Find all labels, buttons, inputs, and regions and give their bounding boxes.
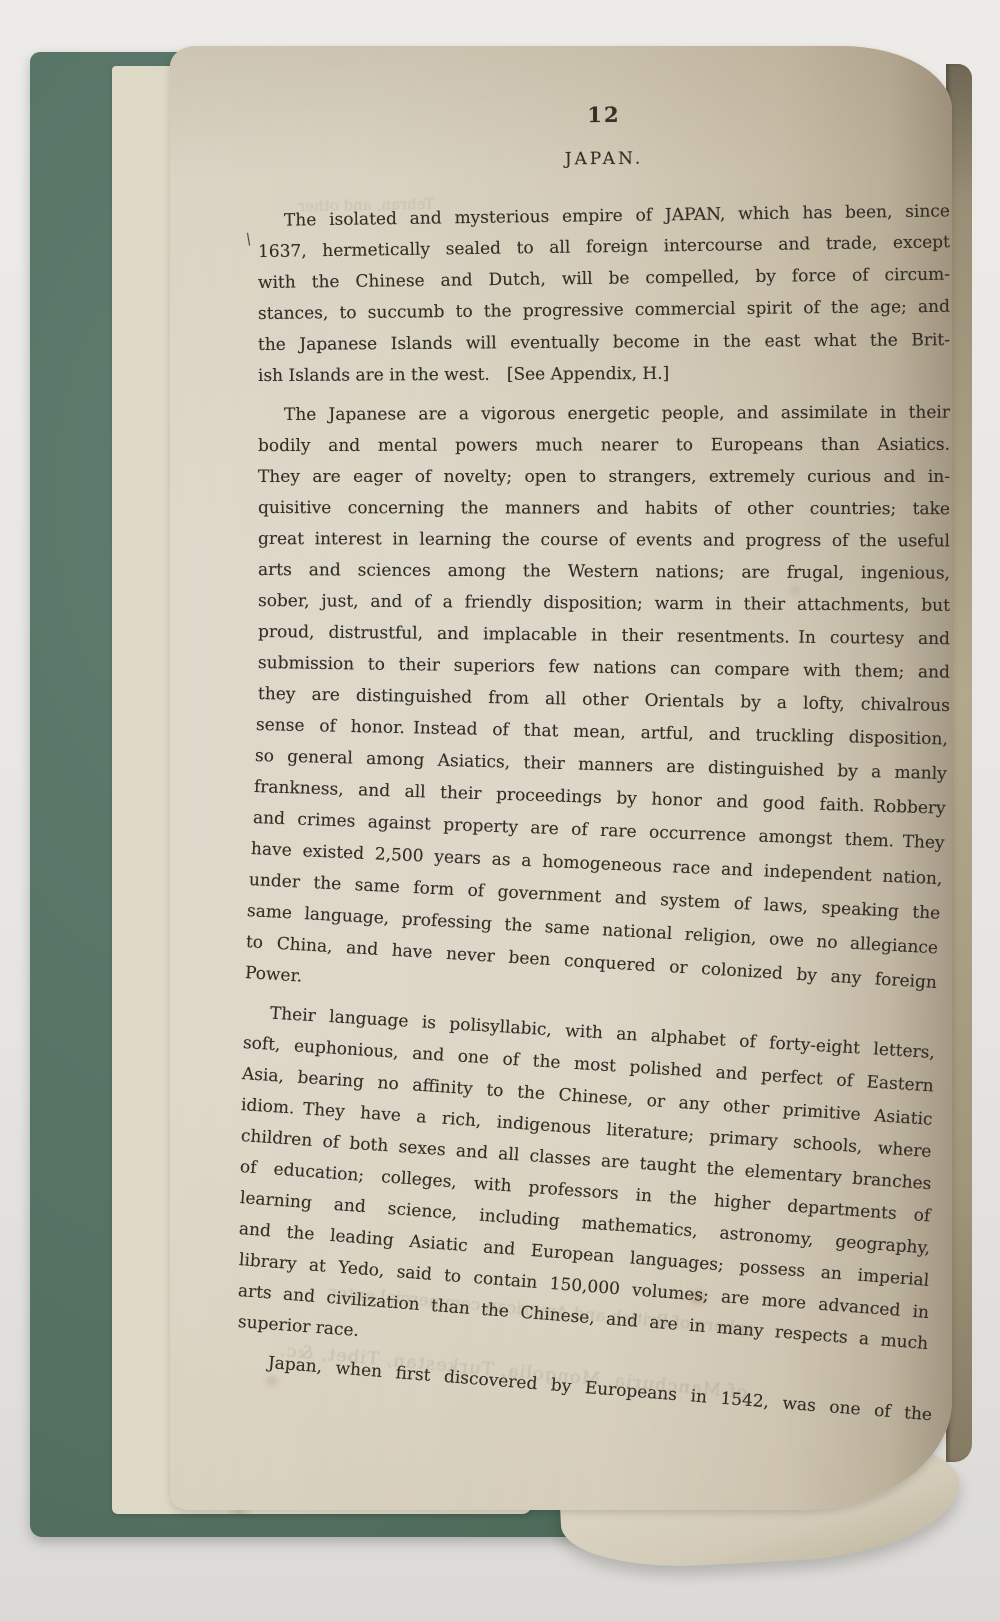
text-line: sober, just, and of a friendly dispositi… [258, 586, 950, 622]
paragraph-2: The Japanese are a vigorous energetic pe… [258, 400, 950, 989]
text-line: bodily and mental powers much nearer to … [258, 430, 950, 462]
text-line: quisitive concerning the manners and hab… [258, 493, 950, 525]
stray-ink-mark: \ [245, 230, 253, 249]
photo-backdrop: 12 JAPAN. \ Tehran, and other The isolat… [0, 0, 1000, 1621]
page-heading: JAPAN. [258, 144, 950, 173]
book-page: 12 JAPAN. \ Tehran, and other The isolat… [170, 46, 952, 1510]
text-line: stances, to succumb to the progressive c… [258, 292, 950, 330]
paragraph-4: Japan, when first discovered by European… [258, 1346, 950, 1377]
text-line: arts and sciences among the Western nati… [258, 555, 950, 590]
paragraph-3: Their language is polisyllabic, with an … [258, 997, 950, 1338]
text-line: great interest in learning the course of… [258, 524, 950, 557]
text-line: ish Islands are in the west. [See Append… [258, 357, 950, 392]
text-line: Japan, when first discovered by European… [241, 1346, 933, 1431]
page-number: 12 [258, 100, 950, 130]
text-line: The Japanese are a vigorous energetic pe… [258, 398, 950, 431]
text-line: They are eager of novelty; open to stran… [258, 462, 950, 493]
text-line: the Japanese Islands will eventually bec… [258, 325, 950, 361]
paragraph-1: The isolated and mysterious empire of JA… [258, 206, 950, 392]
page-text-block: 12 JAPAN. \ Tehran, and other The isolat… [258, 46, 950, 1377]
